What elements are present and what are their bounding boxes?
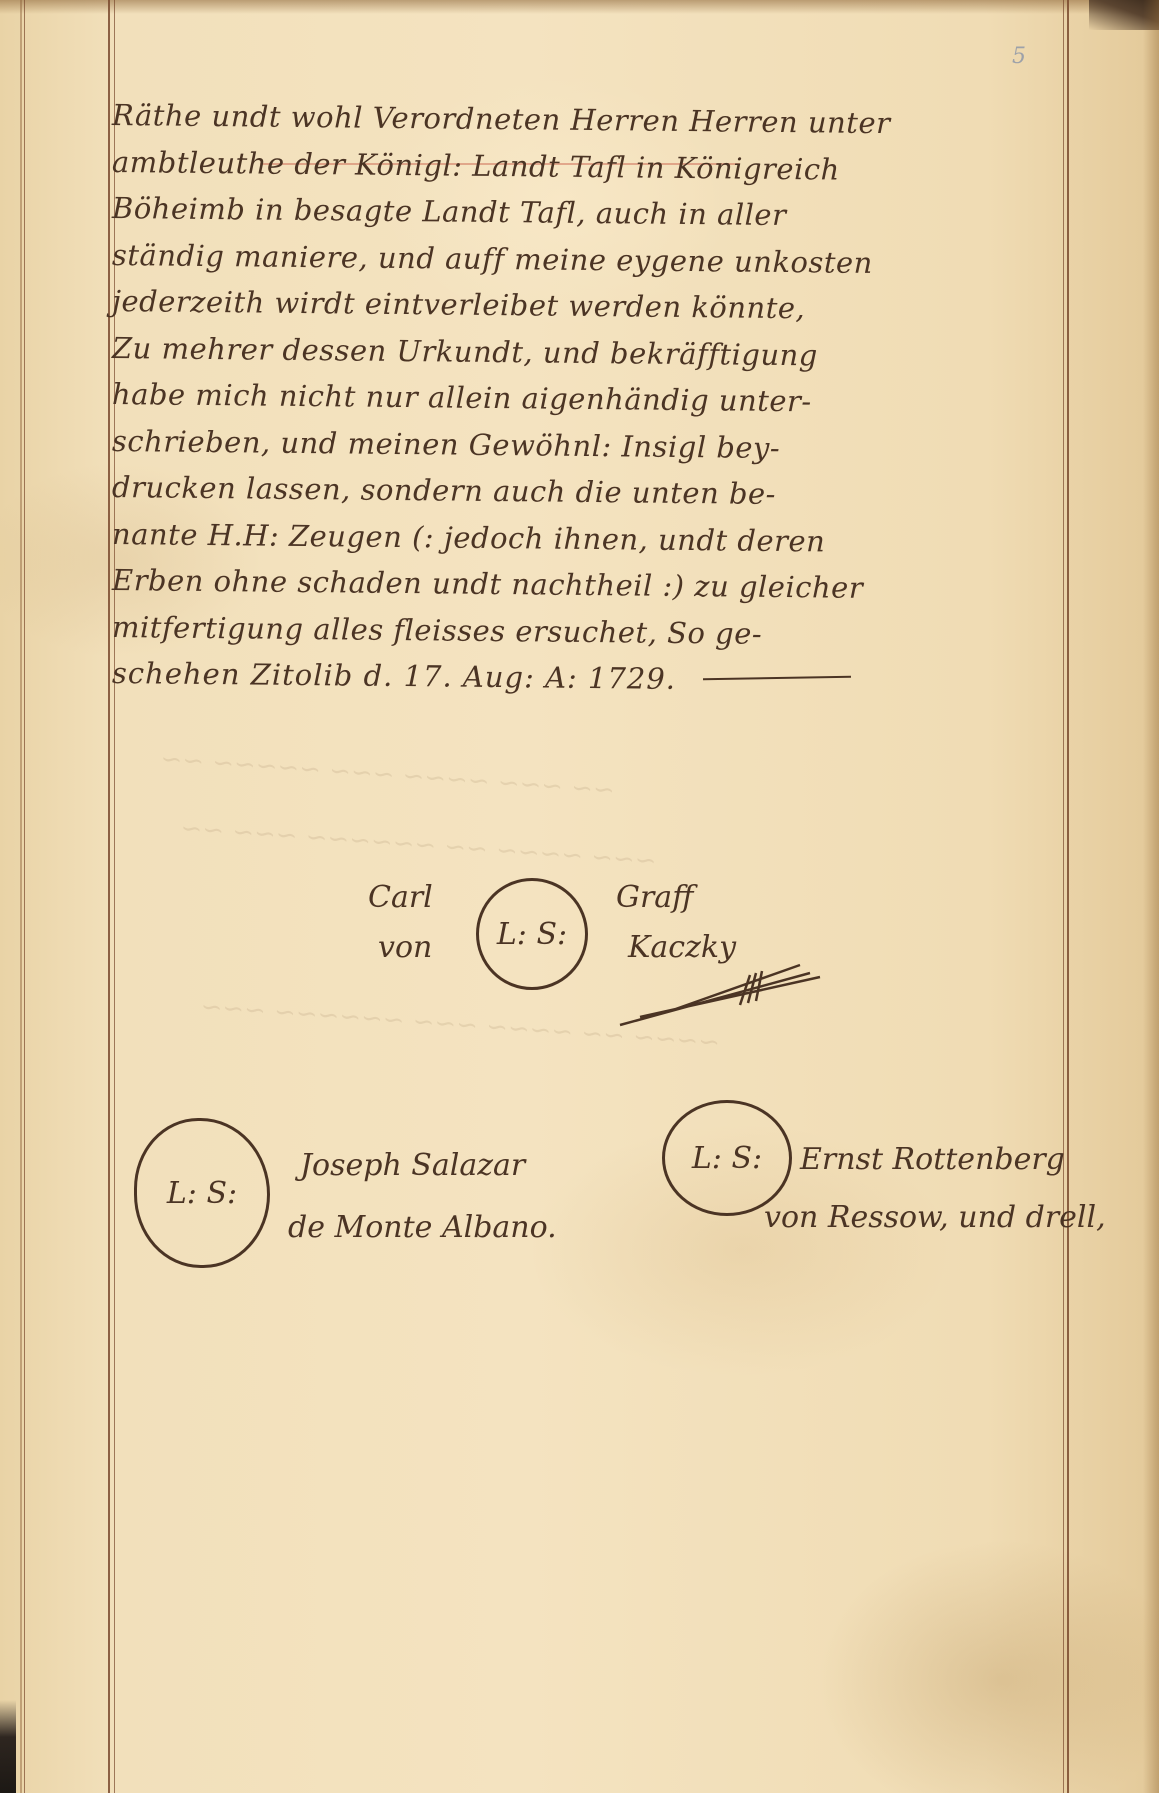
right-margin-rule <box>1063 0 1064 1793</box>
seal-locus-sigilli: L: S: <box>134 1118 270 1268</box>
date-line: schehen Zitolib d. 17. Aug: A: 1729. <box>112 650 1052 706</box>
right-margin-rule-outer <box>1067 0 1069 1793</box>
seal-locus-sigilli: L: S: <box>662 1100 792 1216</box>
page-fold-line <box>20 0 22 1793</box>
signature-name: von <box>378 930 432 965</box>
signature-name: von Ressow, und drell, <box>764 1200 1106 1235</box>
signature-name: de Monte Albano. <box>288 1210 557 1245</box>
left-margin-rule <box>108 0 110 1793</box>
manuscript-page: 5 ~~ ~~~ ~~~~ ~~~ ~~~~~ ~~ ~~~ ~~~~ ~~ ~… <box>0 0 1159 1793</box>
page-right-edge-shadow <box>1143 0 1159 1793</box>
seal-text: L: S: <box>497 917 567 952</box>
page-top-edge-shadow <box>0 0 1159 14</box>
signature-name: Carl <box>368 880 433 915</box>
bleed-through-text: ~~ ~~~ ~~~~ ~~~ ~~~~~ ~~ <box>160 744 616 806</box>
signature-name: Ernst Rottenberg <box>800 1142 1065 1177</box>
manuscript-body-text: Räthe undt wohl Verordneten Herren Herre… <box>112 92 1052 697</box>
seal-text: L: S: <box>167 1176 237 1211</box>
signature-name: Graff <box>616 880 693 915</box>
outer-left-rule <box>24 0 25 1793</box>
seal-text: L: S: <box>692 1141 762 1176</box>
seal-locus-sigilli: L: S: <box>476 878 588 990</box>
page-number: 5 <box>1012 44 1026 69</box>
book-binding-edge <box>0 1700 16 1793</box>
bleed-through-text: ~~~ ~~~~ ~~ ~~~~~~ ~~~ ~~ <box>180 813 658 876</box>
signature-name: Joseph Salazar <box>300 1148 525 1183</box>
signature-flourish-icon <box>610 955 830 1035</box>
